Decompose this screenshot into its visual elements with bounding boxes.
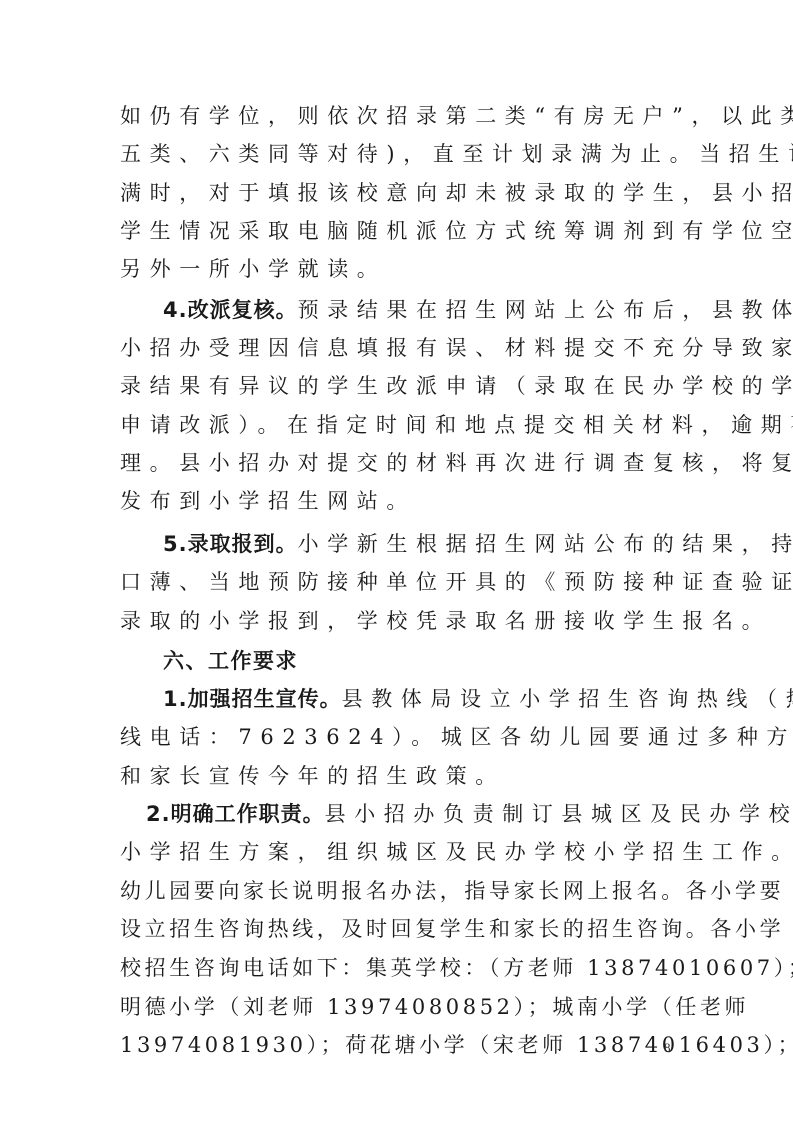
text-line: 小学招生方案，组织城区及民办学校小学招生工作。城区各 <box>120 837 680 867</box>
req-1-text: 县教体局设立小学招生咨询热线（热 <box>342 687 793 711</box>
text-line: 线电话：7623624）。城区各幼儿园要通过多种方式向学生 <box>120 722 680 752</box>
req-1-lead: 1.加强招生宣传。 <box>163 687 342 711</box>
text-line: 录结果有异议的学生改派申请（录取在民办学校的学生不能 <box>120 371 680 401</box>
item-4-lead: 4.改派复核。 <box>163 298 298 322</box>
req-2-text: 县小招办负责制订县城区及民办学校 <box>325 802 793 826</box>
text-line: 口薄、当地预防接种单位开具的《预防接种证查验证明》到 <box>120 567 680 597</box>
text-line: 满时，对于填报该校意向却未被录取的学生，县小招办根据 <box>120 178 680 208</box>
text-line: 理。县小招办对提交的材料再次进行调查复核，将复核结果 <box>120 448 680 478</box>
paragraph-req-2-first-line: 2.明确工作职责。县小招办负责制订县城区及民办学校 <box>146 799 706 829</box>
text-line: 学生情况采取电脑随机派位方式统筹调剂到有学位空余的 <box>120 216 680 246</box>
paragraph-item-4-first-line: 4.改派复核。预录结果在招生网站上公布后，县教体局 <box>163 295 723 325</box>
section-heading: 六、工作要求 <box>163 646 298 676</box>
item-4-text: 预录结果在招生网站上公布后，县教体局 <box>298 298 793 322</box>
paragraph-item-5-first-line: 5.录取报到。小学新生根据招生网站公布的结果，持户 <box>163 529 723 559</box>
text-line: 设立招生咨询热线，及时回复学生和家长的招生咨询。各小学 <box>120 914 680 944</box>
text-line: 发布到小学招生网站。 <box>120 486 680 516</box>
item-5-text: 小学新生根据招生网站公布的结果，持户 <box>298 532 793 556</box>
item-5-lead: 5.录取报到。 <box>163 532 298 556</box>
text-line: 明德小学（刘老师 13974080852）；城南小学（任老师 <box>120 992 680 1022</box>
text-line: 录取的小学报到，学校凭录取名册接收学生报名。 <box>120 606 680 636</box>
text-line: 五类、六类同等对待)，直至计划录满为止。当招生计划录 <box>120 139 680 169</box>
text-line: 13974081930）；荷花塘小学（宋老师 13874016403）；新长 <box>120 1030 680 1060</box>
req-2-lead: 2.明确工作职责。 <box>146 802 325 826</box>
text-line: 校招生咨询电话如下：集英学校：（方老师 13874010607）； <box>120 953 680 983</box>
text-line: 幼儿园要向家长说明报名办法，指导家长网上报名。各小学要 <box>120 876 680 906</box>
text-line: 另外一所小学就读。 <box>120 254 680 284</box>
text-line: 小招办受理因信息填报有误、材料提交不充分导致家长对预 <box>120 333 680 363</box>
paragraph-req-1-first-line: 1.加强招生宣传。县教体局设立小学招生咨询热线（热 <box>163 684 723 714</box>
text-line: 如仍有学位，则依次招录第二类“有房无户”，以此类推(第 <box>120 101 680 131</box>
document-page: 如仍有学位，则依次招录第二类“有房无户”，以此类推(第 五类、六类同等对待)，直… <box>0 0 793 1122</box>
page-number: 8 <box>664 1040 671 1056</box>
text-line: 和家长宣传今年的招生政策。 <box>120 761 680 791</box>
text-line: 申请改派）。在指定时间和地点提交相关材料，逾期不予受 <box>120 410 680 440</box>
